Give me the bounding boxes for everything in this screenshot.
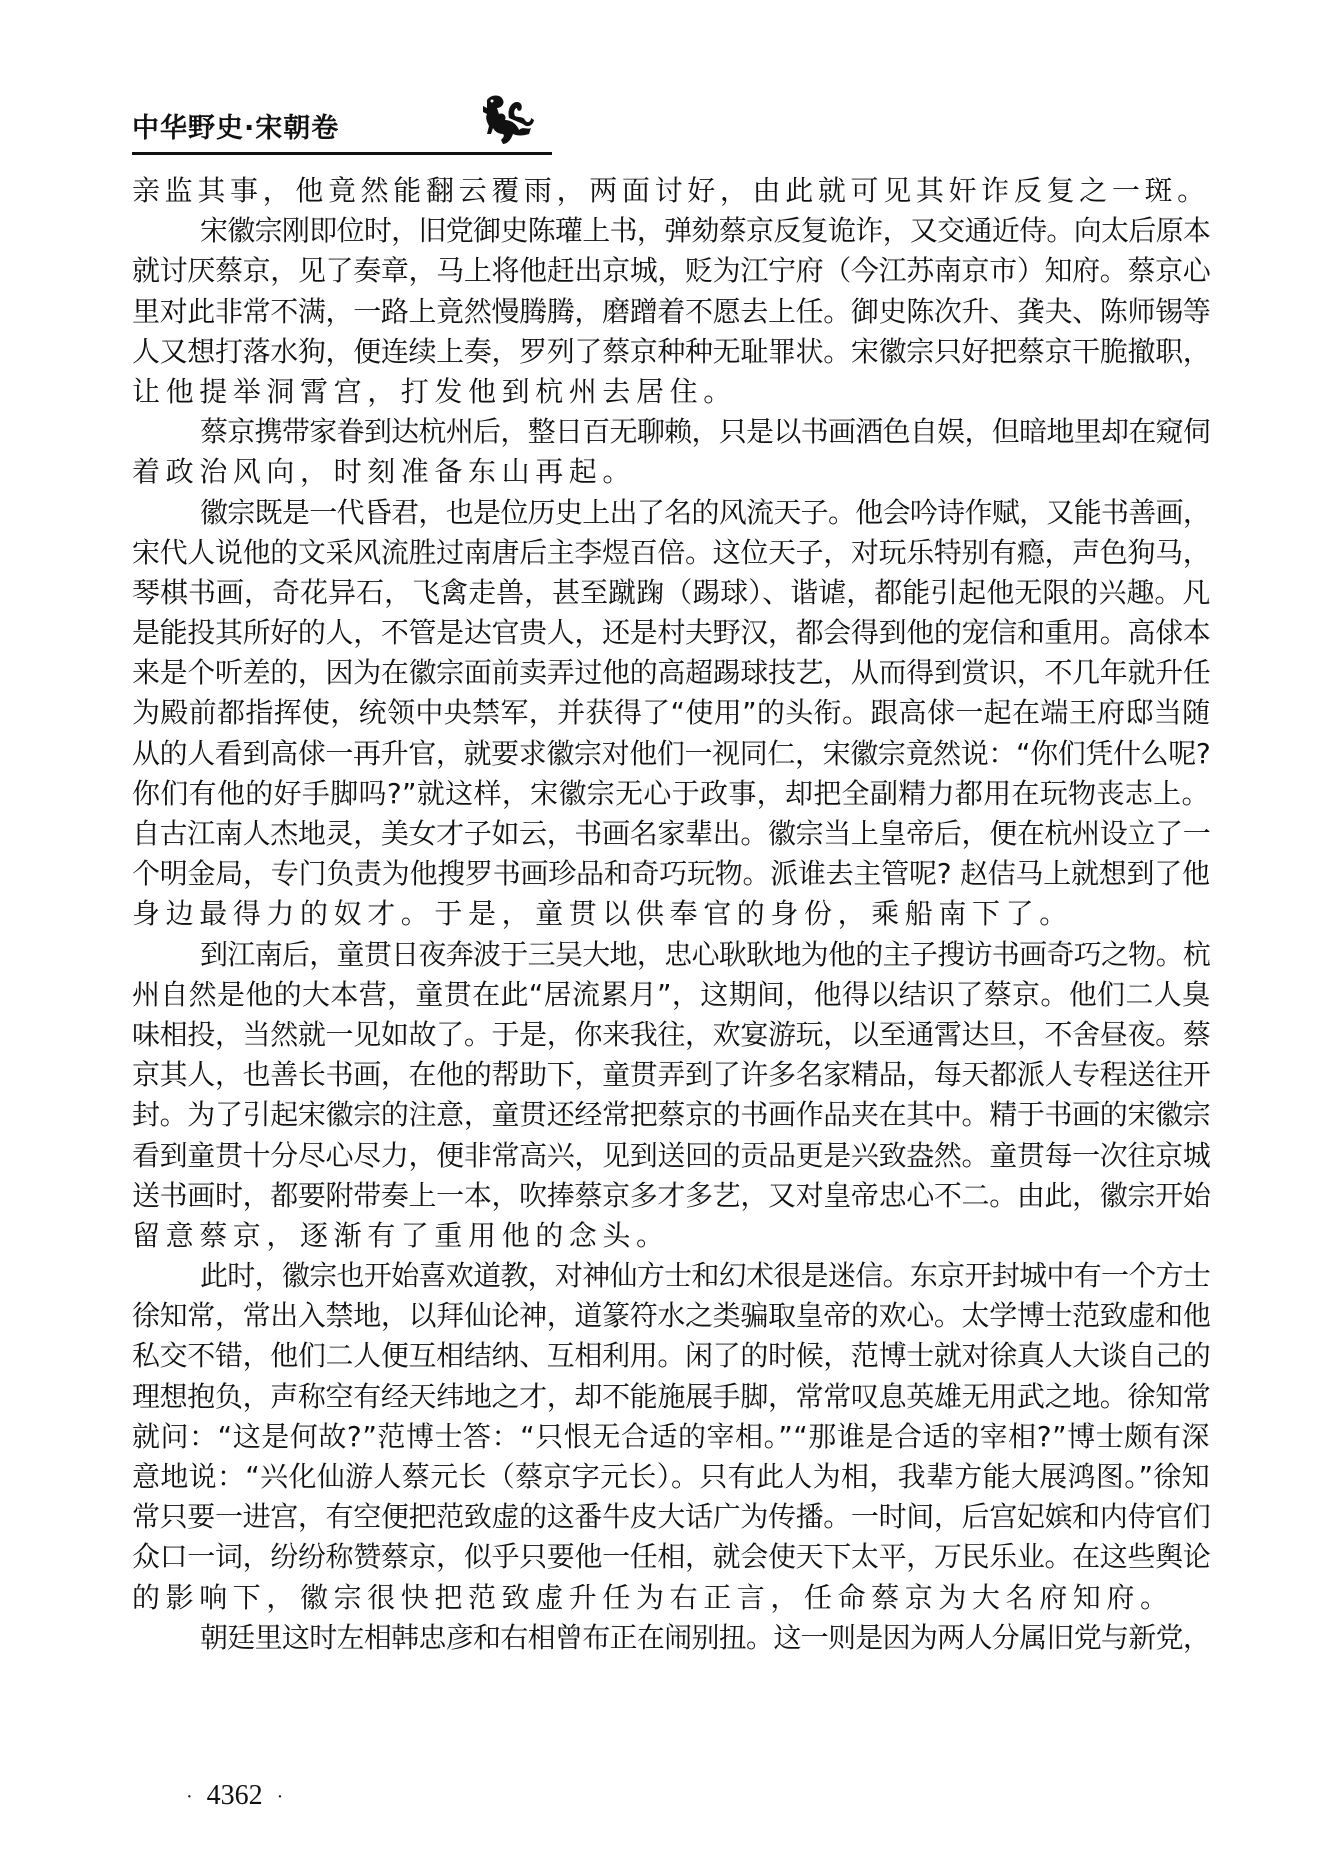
body-text: 亲监其事，他竟然能翻云覆雨，两面讨好，由此就可见其奸诈反复之一斑。宋徽宗刚即位时… (132, 171, 1210, 1658)
book-title: 中华野史·宋朝卷 (132, 106, 339, 145)
text-line: 个明金局，专门负责为他搜罗书画珍品和奇巧玩物。派谁去主管呢? 赵佶马上就想到了他 (132, 854, 1210, 894)
text-line: 京其人，也善长书画，在他的帮助下，童贯弄到了许多名家精品，每天都派人专程送往开 (132, 1055, 1210, 1095)
text-line: 人又想打落水狗，便连续上奏，罗列了蔡京种种无耻罪状。宋徽宗只好把蔡京干脆撤职， (132, 332, 1210, 372)
text-line: 朝廷里这时左相韩忠彦和右相曾布正在闹别扭。这一则是因为两人分属旧党与新党， (132, 1618, 1210, 1658)
text-line: 留意蔡京，逐渐有了重用他的念头。 (132, 1216, 1210, 1256)
text-line: 来是个听差的，因为在徽宗面前卖弄过他的高超踢球技艺，从而得到赏识，不几年就升任 (132, 653, 1210, 693)
text-line: 众口一词，纷纷称赞蔡京，似乎只要他一任相，就会使天下太平，万民乐业。在这些舆论 (132, 1537, 1210, 1577)
text-line: 宋徽宗刚即位时，旧党御史陈瓘上书，弹劾蔡京反复诡诈，又交通近侍。向太后原本 (132, 211, 1210, 251)
text-line: 从的人看到高俅一再升官，就要求徽宗对他们一视同仁，宋徽宗竟然说：“你们凭什么呢? (132, 734, 1210, 774)
text-line: 封。为了引起宋徽宗的注意，童贯还经常把蔡京的书画作品夹在其中。精于书画的宋徽宗 (132, 1095, 1210, 1135)
text-line: 送书画时，都要附带奏上一本，吹捧蔡京多才多艺，又对皇帝忠心不二。由此，徽宗开始 (132, 1176, 1210, 1216)
dragon-ornament-icon (477, 90, 537, 148)
page-number-dot-left: · (172, 1786, 207, 1808)
text-line: 是能投其所好的人，不管是达官贵人，还是村夫野汉，都会得到他的宠信和重用。高俅本 (132, 613, 1210, 653)
text-line: 此时，徽宗也开始喜欢道教，对神仙方士和幻术很是迷信。东京开封城中有一个方士 (132, 1256, 1210, 1296)
text-line: 亲监其事，他竟然能翻云覆雨，两面讨好，由此就可见其奸诈反复之一斑。 (132, 171, 1210, 211)
text-line: 让他提举洞霄宫，打发他到杭州去居住。 (132, 372, 1210, 412)
text-line: 的影响下，徽宗很快把范致虚升任为右正言，任命蔡京为大名府知府。 (132, 1578, 1210, 1618)
text-line: 琴棋书画，奇花异石，飞禽走兽，甚至蹴踘（踢球）、谐谑，都能引起他无限的兴趣。凡 (132, 573, 1210, 613)
text-line: 蔡京携带家眷到达杭州后，整日百无聊赖，只是以书画酒色自娱，但暗地里却在窥伺 (132, 412, 1210, 452)
text-line: 宋代人说他的文采风流胜过南唐后主李煜百倍。这位天子，对玩乐特别有瘾，声色狗马， (132, 533, 1210, 573)
page-number: ·4362· (172, 1780, 297, 1812)
text-line: 常只要一进宫，有空便把范致虚的这番牛皮大话广为传播。一时间，后宫妃嫔和内侍官们 (132, 1497, 1210, 1537)
page-number-dot-right: · (263, 1786, 298, 1808)
text-line: 理想抱负，声称空有经天纬地之才，却不能施展手脚，常常叹息英雄无用武之地。徐知常 (132, 1377, 1210, 1417)
text-line: 为殿前都指挥使，统领中央禁军，并获得了“使用”的头衔。跟高俅一起在端王府邸当随 (132, 693, 1210, 733)
text-line: 私交不错，他们二人便互相结纳、互相利用。闲了的时候，范博士就对徐真人大谈自己的 (132, 1336, 1210, 1376)
text-line: 徐知常，常出入禁地，以拜仙论神，道篆符水之类骗取皇帝的欢心。太学博士范致虚和他 (132, 1296, 1210, 1336)
text-line: 自古江南人杰地灵，美女才子如云，书画名家辈出。徽宗当上皇帝后，便在杭州设立了一 (132, 814, 1210, 854)
text-line: 州自然是他的大本营，童贯在此“居流累月”，这期间，他得以结识了蔡京。他们二人臭 (132, 975, 1210, 1015)
text-line: 意地说：“兴化仙游人蔡元长（蔡京字元长）。只有此人为相，我辈方能大展鸿图。”徐知 (132, 1457, 1210, 1497)
text-line: 味相投，当然就一见如故了。于是，你来我往，欢宴游玩，以至通霄达旦，不舍昼夜。蔡 (132, 1015, 1210, 1055)
text-line: 徽宗既是一代昏君，也是位历史上出了名的风流天子。他会吟诗作赋，又能书善画， (132, 493, 1210, 533)
text-line: 就讨厌蔡京，见了奏章，马上将他赶出京城，贬为江宁府（今江苏南京市）知府。蔡京心 (132, 251, 1210, 291)
text-line: 到江南后，童贯日夜奔波于三吴大地，忠心耿耿地为他的主子搜访书画奇巧之物。杭 (132, 935, 1210, 975)
text-line: 就问：“这是何故?”范博士答：“只恨无合适的宰相。”“那谁是合适的宰相?”博士颇… (132, 1417, 1210, 1457)
page-number-value: 4362 (207, 1780, 263, 1811)
text-line: 身边最得力的奴才。于是，童贯以供奉官的身份，乘船南下了。 (132, 894, 1210, 934)
text-line: 你们有他的好手脚吗?”就这样，宋徽宗无心于政事，却把全副精力都用在玩物丧志上。 (132, 774, 1210, 814)
running-header: 中华野史·宋朝卷 (132, 96, 552, 154)
header-rule (132, 152, 552, 155)
text-line: 看到童贯十分尽心尽力，便非常高兴，见到送回的贡品更是兴致盎然。童贯每一次往京城 (132, 1136, 1210, 1176)
text-line: 里对此非常不满，一路上竟然慢腾腾，磨蹭着不愿去上任。御史陈次升、龚夬、陈师锡等 (132, 292, 1210, 332)
text-line: 着政治风向，时刻准备东山再起。 (132, 452, 1210, 492)
